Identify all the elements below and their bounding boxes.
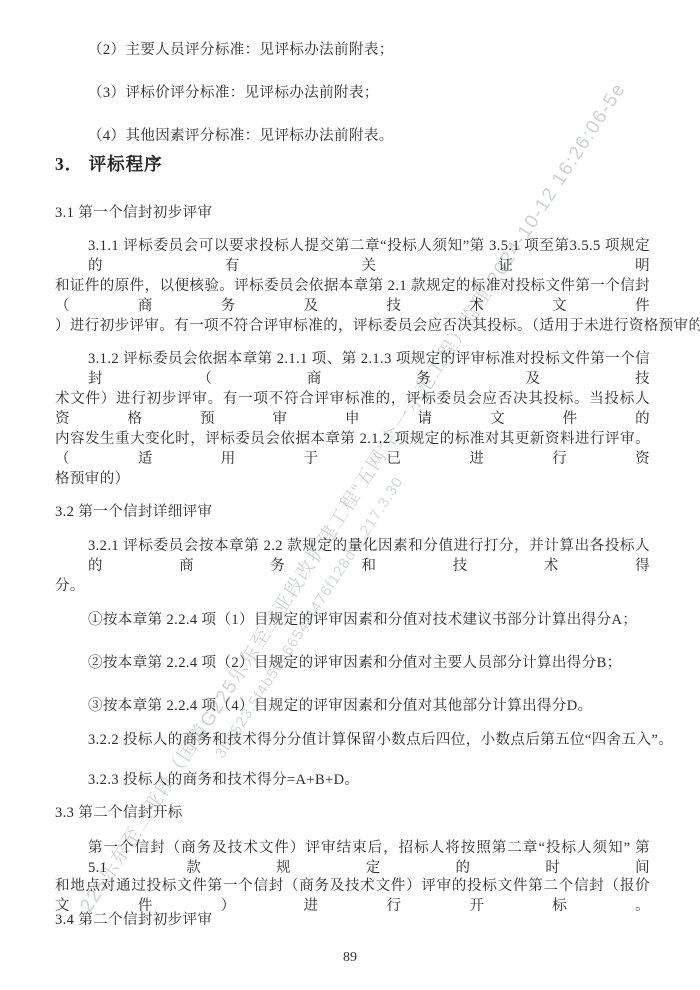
paragraph-line: （3）评标价评分标准：见评标办法前附表；: [88, 83, 379, 103]
paragraph-line: （4）其他因素评分标准：见评标办法前附表。: [88, 126, 394, 146]
paragraph-line: ）进行初步评审。有一项不符合评审标准的，评标委员会应否决其投标。（适用于未进行资…: [55, 316, 700, 336]
paragraph-line: 3.2.1 评标委员会按本章第 2.2 款规定的量化因素和分值进行打分，并计算出…: [88, 536, 650, 576]
paragraph-line: ③按本章第 2.2.4 项（4）目规定的评审因素和分值对其他部分计算出得分D。: [88, 696, 593, 716]
paragraph-line: 3.2 第一个信封详细评审: [55, 502, 212, 522]
paragraph-line: ②按本章第 2.2.4 项（2）目规定的评审因素和分值对主要人员部分计算出得分B…: [88, 653, 622, 673]
paragraph-line: 3.1 第一个信封初步评审: [55, 203, 212, 223]
paragraph-line: 格预审的）: [55, 469, 130, 489]
paragraph-line: 3.2.2 投标人的商务和技术得分分值计算保留小数点后四位，小数点后第五位“四舍…: [88, 730, 673, 750]
paragraph-line: 3.2.3 投标人的商务和技术得分=A+B+D。: [88, 770, 359, 790]
paragraph-line: 3.1.2 评标委员会依据本章第 2.1.1 项、第 2.1.3 项规定的评审标…: [88, 349, 650, 389]
paragraph-line: ①按本章第 2.2.4 项（1）目规定的评审因素和分值对技术建议书部分计算出得分…: [88, 610, 637, 630]
paragraph-line: 和证件的原件，以便核验。评标委员会依据本章第 2.1 款规定的标准对投标文件第一…: [55, 276, 650, 316]
page-number: 89: [0, 950, 700, 966]
paragraph-line: 术文件）进行初步评审。有一项不符合评审标准的，评标委员会应否决其投标。当投标人资…: [55, 389, 650, 429]
section-heading: 3． 评标程序: [55, 151, 163, 176]
document-page: 225乐东至三亚段（国道G225乐东至三亚段改扩建工程“五网”合一示范工程）监理…: [0, 0, 700, 990]
paragraph-line: 3.3 第二个信封开标: [55, 803, 183, 823]
paragraph-line: 分。: [55, 576, 85, 596]
paragraph-line: 3.4 第二个信封初步评审: [55, 910, 212, 930]
paragraph-line: 内容发生重大变化时，评标委员会依据本章第 2.1.2 项规定的标准对其更新资料进…: [55, 429, 650, 469]
paragraph-line: 第一个信封（商务及技术文件）评审结束后，招标人将按照第二章“投标人须知” 第 5…: [88, 838, 650, 878]
paragraph-line: （2）主要人员评分标准：见评标办法前附表；: [88, 40, 394, 60]
paragraph-line: 3.1.1 评标委员会可以要求投标人提交第二章“投标人须知”第 3.5.1 项至…: [88, 236, 650, 276]
